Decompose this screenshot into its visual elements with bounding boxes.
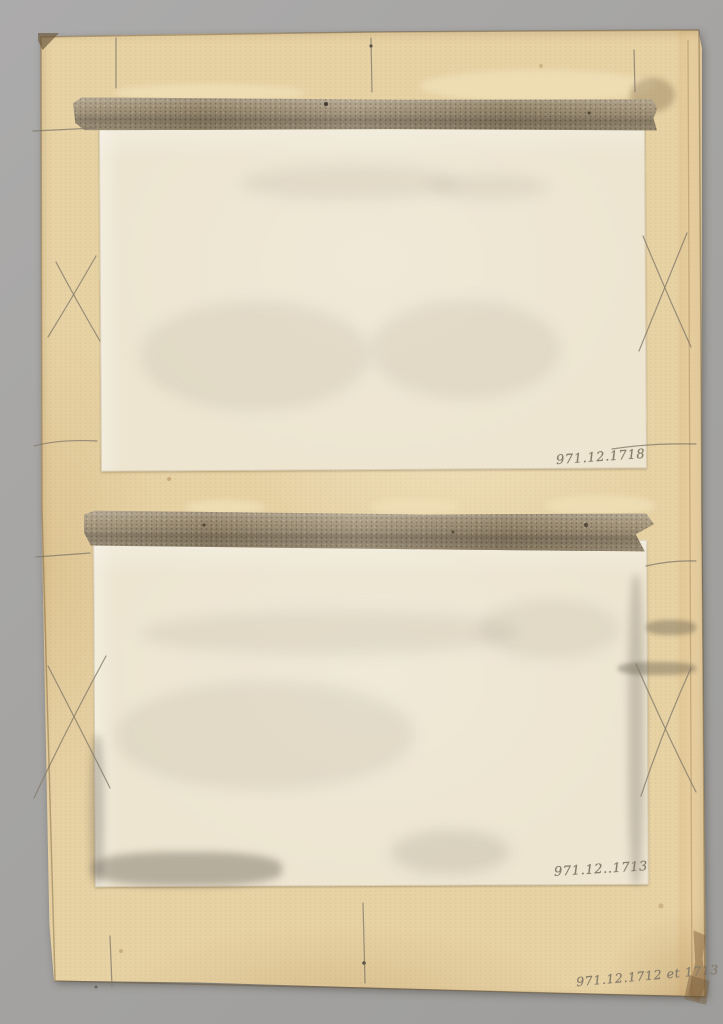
margin-smudge xyxy=(646,620,696,635)
edge-smudge xyxy=(90,735,104,885)
graphite-ghosting xyxy=(370,299,561,400)
adhesive-stain xyxy=(545,495,655,516)
gummed-tape-upper xyxy=(73,97,657,132)
graphite-ghosting xyxy=(239,164,459,200)
graphite-ghosting xyxy=(480,599,620,660)
gummed-tape-lower xyxy=(84,511,654,552)
paper-specks xyxy=(0,0,2,2)
edge-smudge xyxy=(92,852,282,886)
graphite-ghosting xyxy=(429,174,549,200)
lower-sheet-verso xyxy=(93,540,649,887)
margin-smudge xyxy=(618,662,696,675)
graphite-ghosting xyxy=(140,300,371,411)
edge-smudge xyxy=(628,575,644,885)
archive-scan: 971.12.1718 971.12..1713 971.12.1712 et … xyxy=(0,0,723,1024)
upper-sheet-verso xyxy=(99,122,647,471)
graphite-ghosting xyxy=(391,829,511,875)
adhesive-stain xyxy=(420,70,655,102)
graphite-ghosting xyxy=(115,680,415,791)
adhesive-stain xyxy=(370,498,460,515)
graphite-ghosting xyxy=(140,609,520,656)
